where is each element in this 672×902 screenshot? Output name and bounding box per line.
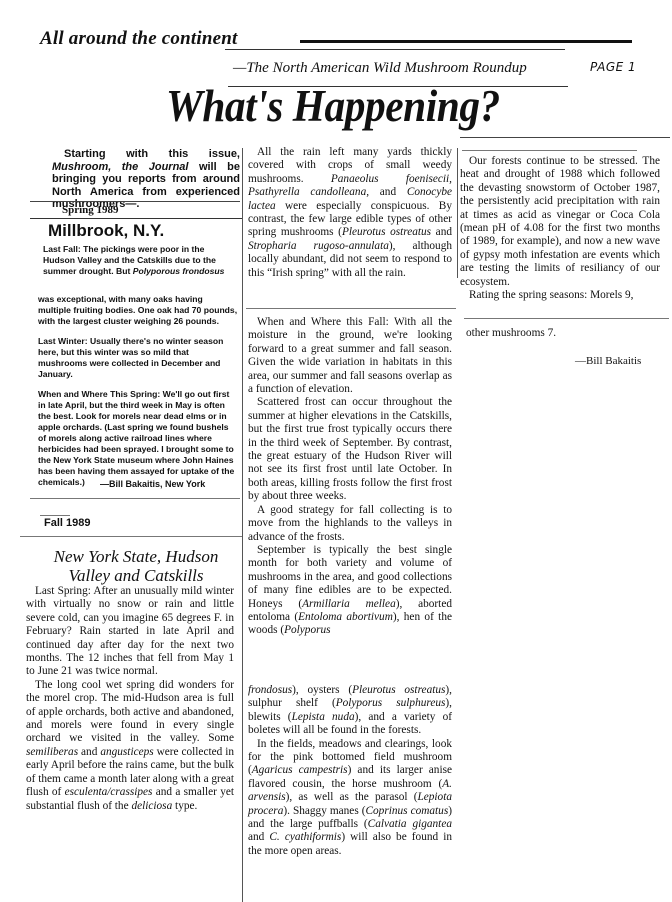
- handwritten-page-mark: PAGE 1: [590, 60, 636, 74]
- divider: [464, 318, 669, 319]
- kicker-heading: All around the continent: [40, 28, 238, 50]
- divider: [30, 498, 240, 499]
- report-last-fall: Last Fall: The pickings were poor in the…: [43, 244, 238, 277]
- article-column-2b: When and Where this Fall: With all the m…: [248, 316, 452, 638]
- divider: [40, 515, 70, 516]
- location-heading: Millbrook, N.Y.: [48, 221, 164, 241]
- article-column-1: Last Spring: After an unusually mild win…: [26, 585, 234, 813]
- signature: —Bill Bakaitis: [575, 355, 641, 367]
- article-column-2c: frondosus), oysters (Pleurotus ostreatus…: [248, 684, 452, 858]
- season-label: Spring 1989: [62, 204, 119, 216]
- divider: [462, 150, 637, 151]
- column-subtitle: —The North American Wild Mushroom Roundu…: [233, 60, 527, 77]
- article-column-3: Our forests continue to be stressed. The…: [460, 155, 660, 302]
- signature: —Bill Bakaitis, New York: [100, 479, 205, 489]
- column-rule: [457, 148, 458, 278]
- rating-continuation: other mushrooms 7.: [466, 327, 556, 340]
- column-rule: [242, 148, 243, 902]
- divider: [460, 137, 670, 138]
- kicker-rule-thin: [225, 49, 565, 50]
- section-title: New York State, Hudson Valley and Catski…: [42, 547, 230, 585]
- divider: [20, 536, 242, 537]
- divider: [30, 201, 240, 202]
- kicker-rule: [300, 40, 632, 43]
- season-label: Fall 1989: [44, 517, 90, 529]
- journal-name: Mushroom, the Journal: [52, 161, 188, 173]
- divider: [246, 308, 456, 309]
- page-headline: What's Happening?: [166, 80, 500, 132]
- report-body: was exceptional, with many oaks having m…: [38, 294, 238, 497]
- divider: [30, 218, 242, 219]
- article-column-2a: All the rain left many yards thickly cov…: [248, 146, 452, 280]
